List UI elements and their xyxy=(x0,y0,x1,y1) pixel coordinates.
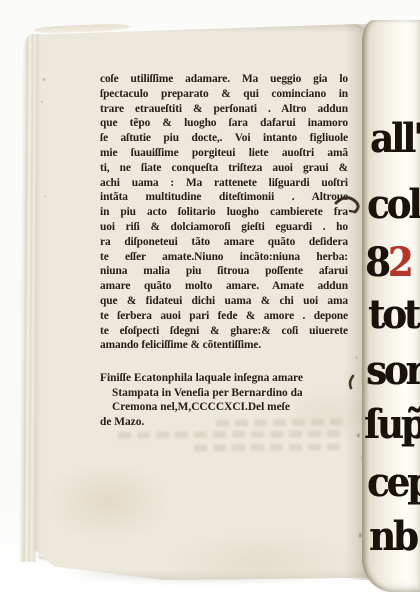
text-line: uoi riſi & dolciamoroſi gieſti eguardi .… xyxy=(100,220,348,235)
rubric-letter: 2 xyxy=(388,238,411,286)
text-line: ti, ne ſiate conqueſta triſteza auoi gra… xyxy=(100,161,348,176)
colophon-line: Finiſſe Ecatonphila laquale inſegna amar… xyxy=(100,371,352,386)
text-line: amando feliciſſime & cõtentiſſime. xyxy=(100,338,348,353)
text-line: te eſſer amate.Niuno incãto:niuna herba: xyxy=(100,250,348,265)
blackletter-fragment: nb xyxy=(369,512,416,560)
blackletter-fragment: cep xyxy=(367,458,420,506)
text-line: trare etraueſtiti & perſonati . Altro ad… xyxy=(100,102,348,117)
blackletter-fragment: tot xyxy=(368,290,418,338)
text-line: coſe utiliſſime adamare. Ma ueggio gia l… xyxy=(100,72,348,87)
text-line: que & fidateui dichi uama & chi uoi ama xyxy=(100,294,348,309)
main-page: coſe utiliſſime adamare. Ma ueggio gia l… xyxy=(34,24,368,580)
blackletter-fragment: 82 xyxy=(365,238,411,286)
show-through-text xyxy=(194,443,344,451)
text-line: amare quãto molto amare. Amate addun xyxy=(100,279,348,294)
colophon-line: Stampata in Veneſia per Bernardino da xyxy=(100,386,352,401)
book-photo: coſe utiliſſime adamare. Ma ueggio gia l… xyxy=(0,0,420,600)
text-line: que tẽpo & luogho ſara dafarui inamoro xyxy=(100,116,348,131)
text-line: ſe aſtutie piu docte,. Voi intanto figli… xyxy=(100,131,348,146)
text-line: ſpectaculo preparato & qui cominciano in xyxy=(100,87,348,102)
blackletter-fragment: ſup̃ xyxy=(364,400,420,448)
text-line: in piu acto ſolitario luogho cambierete … xyxy=(100,205,348,220)
show-through-text xyxy=(118,430,342,439)
text-line: mie ſuauiſſime porgiteui liete auoſtri a… xyxy=(100,146,348,161)
text-line: te ſerbera auoi pari fede & amore . depo… xyxy=(100,309,348,324)
text-line: intãta multitudine diteſtimonii . Altrou… xyxy=(100,190,348,205)
text-line: te eſoſpecti ſdegni & ghare:& coſi uiuer… xyxy=(100,324,348,339)
blackletter-fragment: col xyxy=(367,180,419,228)
facing-page-edge: all' col 82 tot sor ſup̃ cep nb xyxy=(362,20,420,592)
show-through-text xyxy=(216,418,344,426)
blackletter-fragment: sor xyxy=(366,346,420,394)
blackletter-fragment: 8 xyxy=(365,238,388,286)
colophon-line: Cremona nel,M,CCCCXCI.Del meſe xyxy=(100,400,352,415)
text-line: ra diſponeteui tãto amare quãto deſidera xyxy=(100,235,348,250)
blackletter-fragment: all' xyxy=(370,114,420,162)
text-line: niuna malia piu ſitroua poſſente afarui xyxy=(100,264,348,279)
printed-text-block: coſe utiliſſime adamare. Ma ueggio gia l… xyxy=(100,72,348,353)
text-line: achi uama : Ma rattenete liſguardi uoſtr… xyxy=(100,176,348,191)
